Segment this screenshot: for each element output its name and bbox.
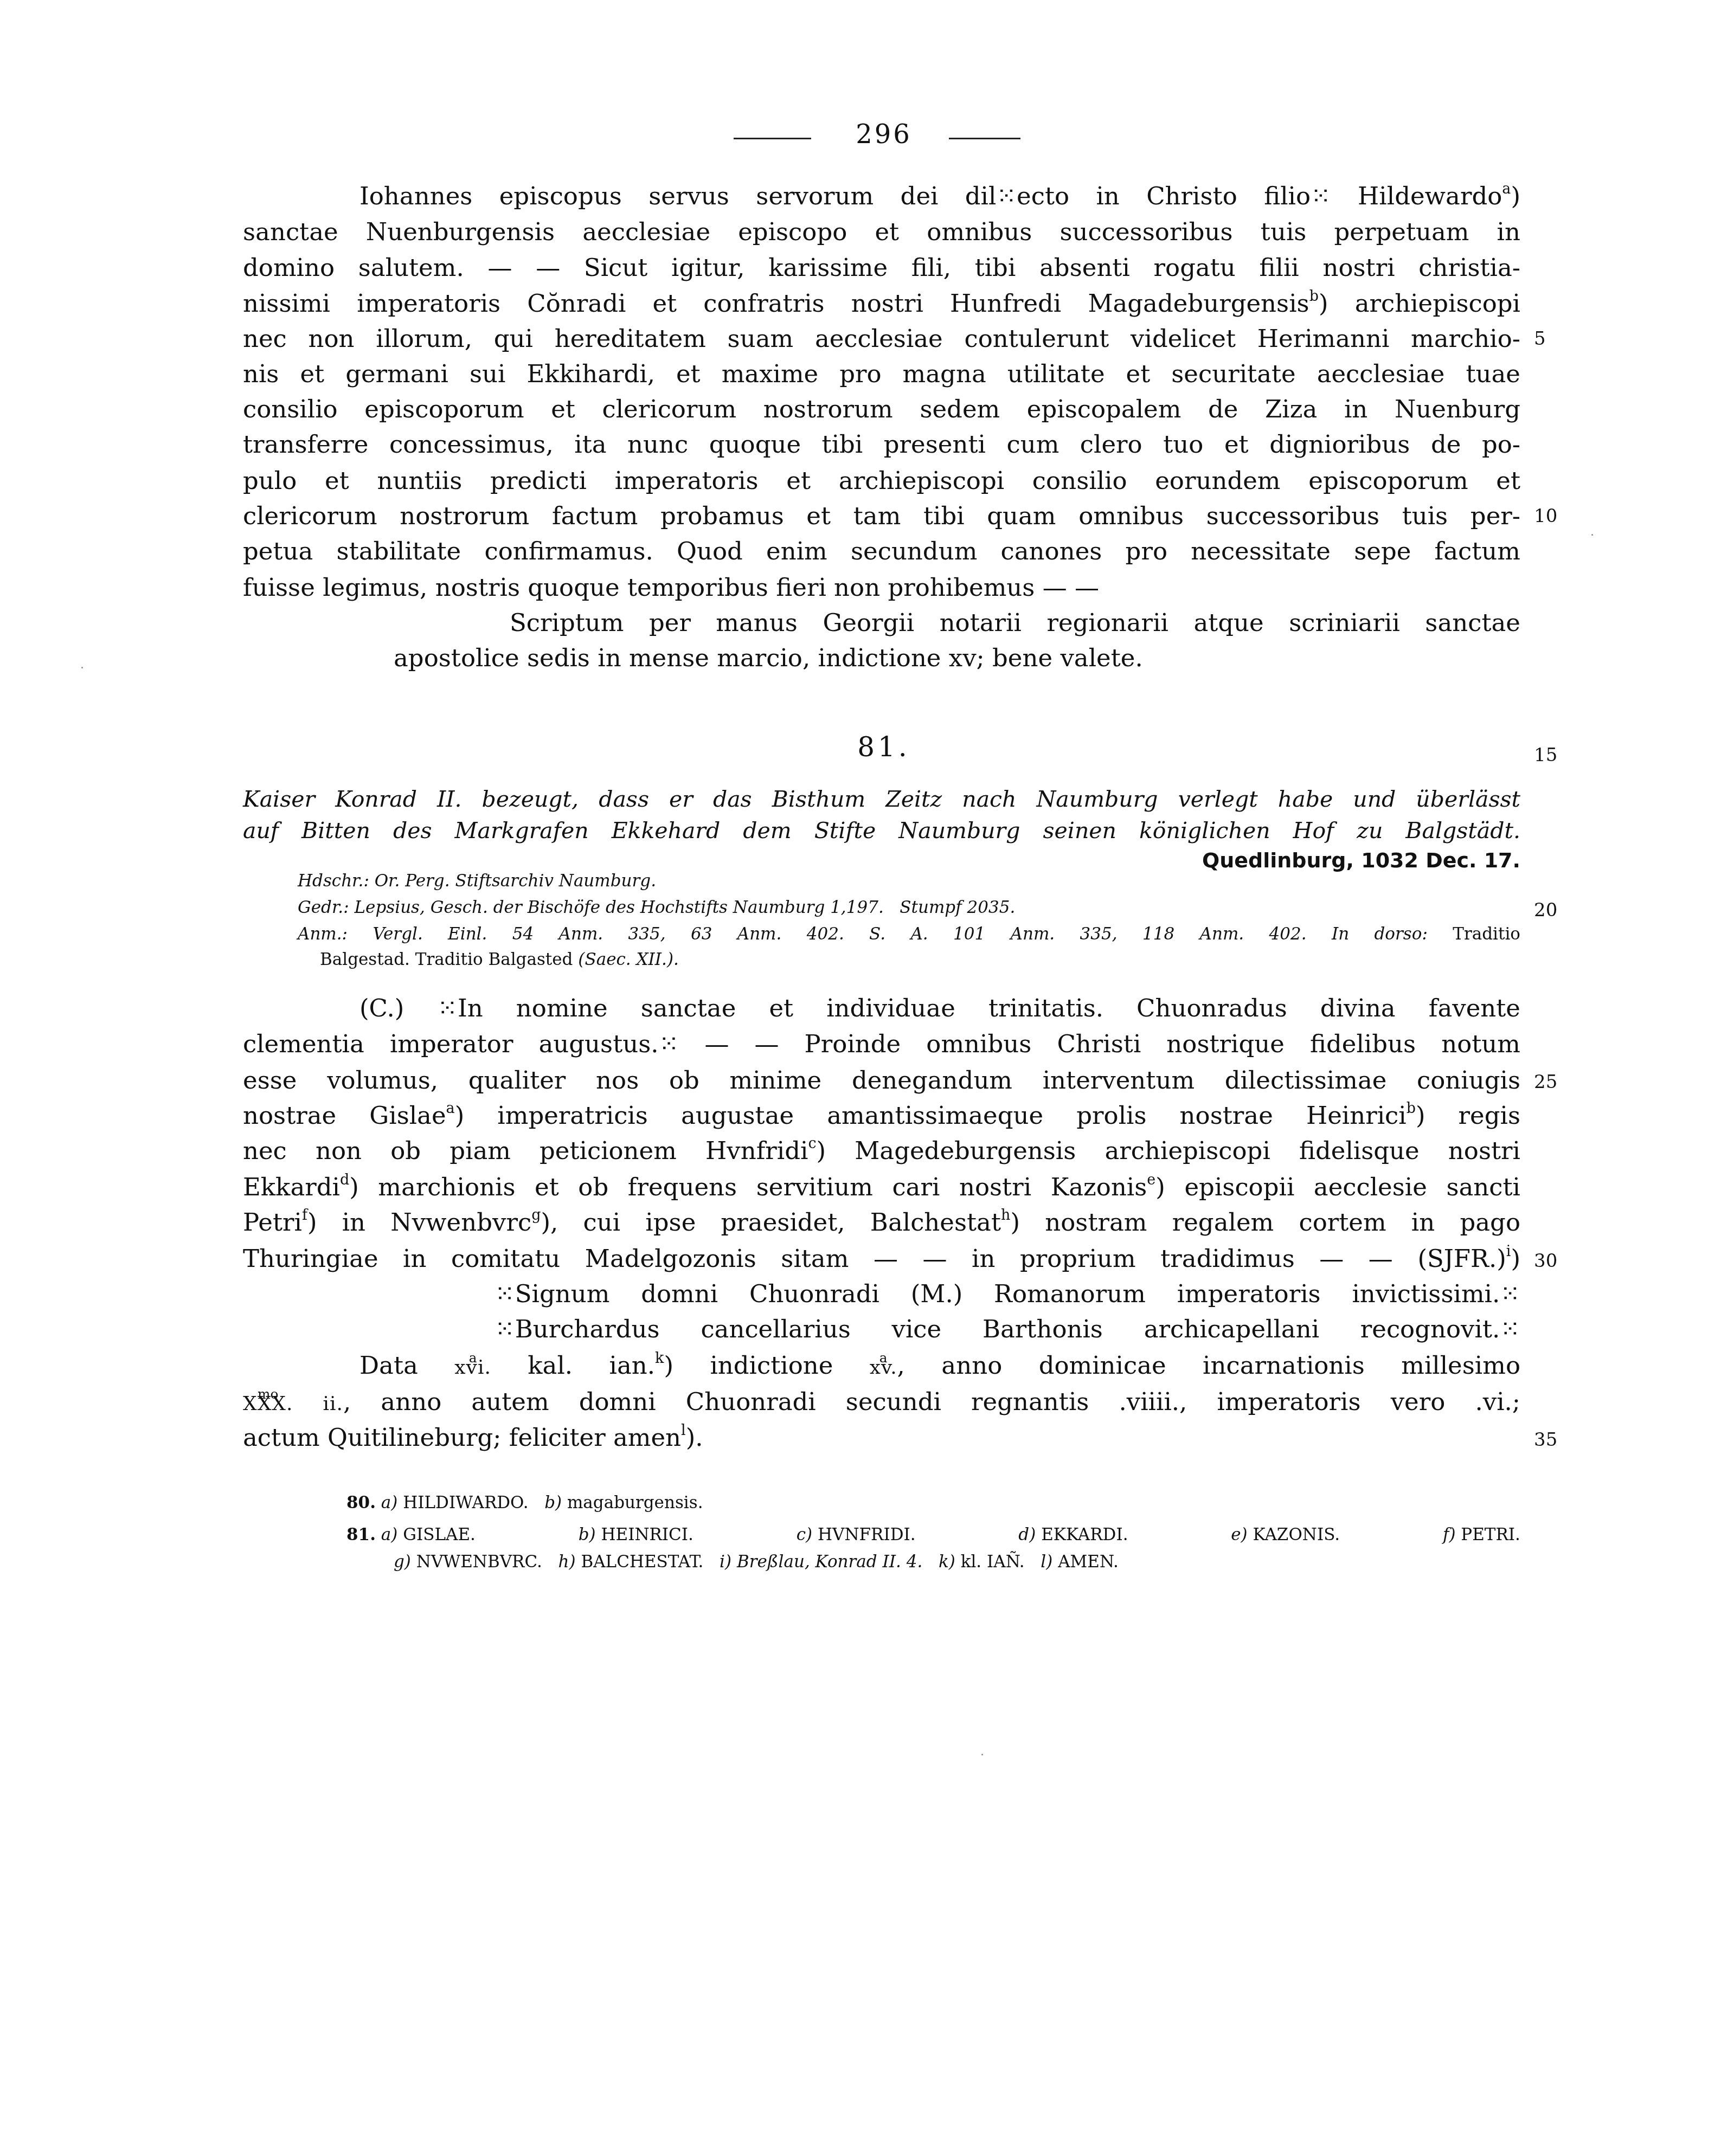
line-number: 15 (1534, 737, 1557, 773)
text-line: nissimi imperatoris Cŏnradi et confratri… (243, 286, 1520, 321)
text-line: clementia imperator augustus.⁙ — — Proin… (243, 1026, 1520, 1062)
superscript-mark: a (879, 1340, 888, 1376)
footnote-mark: f) (1443, 1525, 1456, 1544)
footnote-text: HILDIWARDO. (403, 1493, 528, 1513)
footnote-entry: d) EKKARDI. (1018, 1521, 1128, 1548)
footnote-text: NVWENBVRC. (416, 1552, 542, 1572)
footnote-text: kl. IAÑ. (961, 1552, 1025, 1572)
footnote-text: Breßlau, Konrad II. 4. (737, 1552, 922, 1572)
footnote-mark: l (681, 1422, 686, 1439)
page-number-dash-left (734, 138, 811, 139)
roman-numeral: axvi. (454, 1348, 491, 1386)
page-number-dash-right (949, 138, 1020, 139)
line-text: ) in Nvwenbvrc (307, 1208, 531, 1237)
footnote-text: HEINRICI. (601, 1525, 693, 1544)
footnotes-81-line1: 81. a) GISLAE. b) HEINRICI. c) HVNFRIDI.… (346, 1521, 1520, 1548)
line-text: nostrae Gislae (243, 1101, 446, 1130)
dating-line: actum Quitilineburg; feliciter amenl). (243, 1420, 1520, 1456)
source-text: Lepsius, Gesch. der Bischöfe des Hochsti… (355, 898, 884, 917)
line-text: ) episcopii aecclesie sancti (1155, 1173, 1520, 1201)
line-number: 20 (1534, 892, 1557, 928)
footnote-mark: g (531, 1207, 541, 1224)
text-line: nis et germani sui Ekkihardi, et maxime … (243, 356, 1520, 392)
line-number: 25 (1534, 1064, 1557, 1100)
footnote-mark: c) (797, 1525, 812, 1544)
regest-line: Kaiser Konrad II. bezeugt, dass er das B… (243, 783, 1520, 815)
line-text: ) nostram regalem cortem in pago (1010, 1208, 1520, 1237)
signum-line: ⁙Signum domni Chuonradi (M.) Romanorum i… (495, 1276, 1520, 1312)
line-text: ) indictione (664, 1351, 833, 1380)
footnote-doc-number: 80. (346, 1493, 376, 1513)
text-line: petua stabilitate confirmamus. Quod enim… (243, 533, 1520, 569)
footnote-mark: d (340, 1172, 349, 1188)
text-line: nec non ob piam peticionem Hvnfridic) Ma… (243, 1133, 1520, 1169)
footnote-mark: a) (381, 1525, 398, 1544)
line-text: nec non ob piam peticionem Hvnfridi (243, 1136, 808, 1165)
footnotes-81-line2: g) NVWENBVRC. h) BALCHESTAT. i) Breßlau,… (394, 1548, 1119, 1575)
line-text: ) regis (1416, 1101, 1520, 1130)
footnote-text: magaburgensis. (567, 1493, 703, 1513)
scan-speck (1591, 534, 1593, 536)
footnote-mark: l) (1041, 1552, 1052, 1572)
line-text: ) (1511, 182, 1520, 210)
line-number: 5 (1534, 321, 1546, 357)
footnote-mark: b) (579, 1525, 596, 1544)
footnote-mark: g) (394, 1552, 411, 1572)
line-text: , anno autem domni Chuonradi secundi reg… (343, 1387, 1520, 1416)
footnotes-80: 80. a) HILDIWARDO. b) magaburgensis. (346, 1489, 703, 1516)
text-line: (C.) ⁙In nomine sanctae et individuae tr… (243, 990, 1520, 1026)
line-text: ) archiepiscopi (1319, 289, 1520, 318)
footnote-text: BALCHESTAT. (581, 1552, 703, 1572)
roman-numeral: moXXX. (243, 1384, 293, 1422)
source-text: Or. Perg. Stiftsarchiv Naumburg. (375, 871, 656, 891)
source-label: Hdschr.: (298, 871, 369, 891)
text-line: domino salutem. — — Sicut igitur, kariss… (243, 250, 1520, 286)
source-text: Traditio (1453, 924, 1520, 944)
line-text: Data (359, 1351, 418, 1380)
footnote-mark: c (808, 1135, 816, 1152)
source-text: Stumpf 2035. (900, 898, 1015, 917)
dating-line: moXXX. ii., anno autem domni Chuonradi s… (243, 1384, 1520, 1420)
source-manuscript: Hdschr.: Or. Perg. Stiftsarchiv Naumburg… (298, 868, 656, 894)
footnote-mark: e) (1231, 1525, 1247, 1544)
footnote-mark: k) (939, 1552, 955, 1572)
scan-speck (981, 1754, 983, 1755)
footnote-mark: h) (558, 1552, 575, 1572)
line-text: ). (686, 1423, 703, 1452)
line-number: 35 (1534, 1422, 1557, 1458)
text-line: Iohannes episcopus servus servorum dei d… (243, 178, 1520, 214)
text-line: consilio episcoporum et clericorum nostr… (243, 391, 1520, 427)
footnote-mark: e (1147, 1172, 1155, 1188)
line-number: 10 (1534, 498, 1557, 534)
footnote-mark: k (655, 1350, 664, 1367)
line-text: ) marchionis et ob frequens servitium ca… (349, 1173, 1147, 1201)
line-text: Ekkardi (243, 1173, 340, 1201)
line-text: Iohannes episcopus servus servorum dei d… (359, 182, 1502, 210)
footnote-mark: d) (1018, 1525, 1036, 1544)
footnote-entry: f) PETRI. (1443, 1521, 1520, 1548)
footnote-text: PETRI. (1461, 1525, 1520, 1544)
text-line: Petrif) in Nvwenbvrcg), cui ipse praesid… (243, 1205, 1520, 1240)
text-line: pulo et nuntiis predicti imperatoris et … (243, 463, 1520, 499)
source-label: In dorso: (1332, 924, 1428, 944)
footnote-text: GISLAE. (403, 1525, 476, 1544)
line-number: 30 (1534, 1243, 1557, 1279)
dating-line: Data axvi. kal. ian.k) indictione axv., … (243, 1348, 1520, 1383)
scriptum-line: Scriptum per manus Georgii notarii regio… (510, 605, 1520, 641)
footnote-entry: b) HEINRICI. (579, 1521, 693, 1548)
text-line: Ekkardid) marchionis et ob frequens serv… (243, 1169, 1520, 1205)
line-text: ) imperatricis augustae amantissimaeque … (455, 1101, 1407, 1130)
line-text: Thuringiae in comitatu Madelgozonis sita… (243, 1244, 1506, 1273)
line-text: nissimi imperatoris Cŏnradi et confratri… (243, 289, 1309, 318)
source-printed: Gedr.: Lepsius, Gesch. der Bischöfe des … (298, 894, 1015, 921)
footnote-mark: b (1309, 288, 1319, 305)
source-notes-cont: Balgestad. Traditio Balgasted (Saec. XII… (320, 947, 679, 973)
text-line: fuisse legimus, nostris quoque temporibu… (243, 570, 1520, 606)
document-number: 81. (824, 729, 943, 765)
footnote-mark: a (1502, 181, 1511, 197)
footnote-mark: i) (720, 1552, 731, 1572)
text-line: nostrae Gislaea) imperatricis augustae a… (243, 1098, 1520, 1134)
footnote-mark: b) (544, 1493, 562, 1513)
source-label: Anm.: (298, 924, 348, 944)
text-line: nec non illorum, qui hereditatem suam ae… (243, 321, 1520, 357)
footnote-doc-number: 81. (346, 1525, 376, 1544)
source-label: Gedr.: (298, 898, 349, 917)
numeral-text: ii. (323, 1393, 343, 1415)
text-line: transferre concessimus, ita nunc quoque … (243, 427, 1520, 462)
source-text: Vergl. Einl. 54 Anm. 335, 63 Anm. 402. S… (373, 924, 1306, 944)
footnote-mark: a (446, 1100, 455, 1117)
source-text: Balgestad. Traditio Balgasted (320, 950, 573, 969)
footnote-entry: c) HVNFRIDI. (797, 1521, 916, 1548)
text-line: sanctae Nuenburgensis aecclesiae episcop… (243, 214, 1520, 250)
footnote-mark: h (1001, 1207, 1010, 1224)
footnote-text: KAZONIS. (1253, 1525, 1340, 1544)
footnote-entry: 81. a) GISLAE. (346, 1521, 476, 1548)
text-line: clericorum nostrorum factum probamus et … (243, 498, 1520, 534)
line-text: ) (1511, 1244, 1520, 1273)
document-page: 296 Iohannes episcopus servus servorum d… (0, 0, 1721, 2156)
line-text: kal. ian. (528, 1351, 655, 1380)
regest-line: auf Bitten des Markgrafen Ekkehard dem S… (243, 815, 1520, 846)
text-line: Thuringiae in comitatu Madelgozonis sita… (243, 1241, 1520, 1277)
line-text: Petri (243, 1208, 302, 1237)
footnote-mark: b (1407, 1100, 1416, 1117)
footnote-entry: e) KAZONIS. (1231, 1521, 1340, 1548)
footnote-text: EKKARDI. (1041, 1525, 1128, 1544)
footnote-text: HVNFRIDI. (818, 1525, 916, 1544)
footnote-text: AMEN. (1058, 1552, 1119, 1572)
superscript-mark: mo (258, 1376, 278, 1412)
recognition-line: ⁙Burchardus cancellarius vice Barthonis … (495, 1311, 1520, 1347)
footnote-mark: a) (381, 1493, 398, 1513)
source-notes: Anm.: Vergl. Einl. 54 Anm. 335, 63 Anm. … (298, 921, 1520, 948)
footnote-mark: f (302, 1207, 307, 1224)
text-line: esse volumus, qualiter nos ob minime den… (243, 1063, 1520, 1098)
scan-speck (81, 667, 83, 668)
roman-numeral: axv. (870, 1348, 897, 1386)
scriptum-line: apostolice sedis in mense marcio, indict… (394, 640, 1520, 676)
source-text: (Saec. XII.). (578, 950, 679, 969)
page-number: 296 (835, 117, 933, 152)
superscript-mark: a (469, 1340, 477, 1376)
line-text: ) Magedeburgensis archiepiscopi fidelisq… (817, 1136, 1520, 1165)
line-text: ), cui ipse praesidet, Balchestat (541, 1208, 1001, 1237)
line-text: , anno dominicae incarnationis millesimo (897, 1351, 1520, 1380)
line-text: actum Quitilineburg; feliciter amen (243, 1423, 681, 1452)
place-date: Quedlinburg, 1032 Dec. 17. (1202, 845, 1520, 876)
